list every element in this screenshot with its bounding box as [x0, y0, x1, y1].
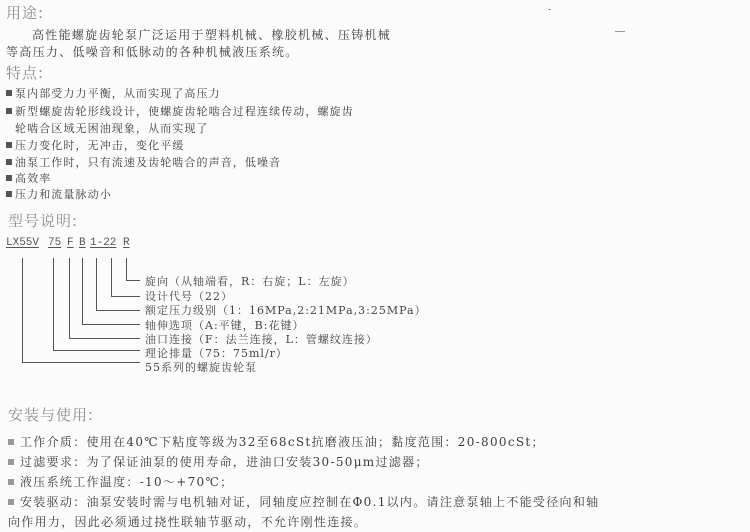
model-part-port: F [67, 237, 74, 249]
model-part-rotation: R [123, 237, 130, 249]
installation-item: 过滤要求：为了保证油泵的使用寿命，进油口安装30-50μm过滤器； [8, 453, 429, 470]
model-part-pressure-design: 1-22 [90, 237, 116, 249]
bullet-square-icon [8, 439, 14, 445]
feature-item-continuation: 轮啮合区域无困油现象，从而实现了 [15, 120, 209, 136]
bracket-line [82, 258, 83, 324]
bracket-line [53, 350, 140, 351]
usage-text-line2: 等高压力、低噪音和低脉动的各种机械液压系统。 [6, 43, 299, 60]
bullet-square-icon [6, 142, 12, 148]
bracket-line [96, 310, 140, 311]
feature-item: 泵内部受力力平衡，从而实现了高压力 [6, 85, 221, 101]
usage-text-line1: 高性能螺旋齿轮泵广泛运用于塑料机械、橡胶机械、压铸机械 [32, 26, 391, 43]
feature-item: 压力和流量脉动小 [6, 186, 112, 202]
feature-item: 高效率 [6, 170, 51, 186]
legend-rotation: 旋向（从轴端看，R：右旋；L：左旋） [145, 273, 355, 289]
bullet-square-icon [6, 191, 12, 197]
model-part-shaft: B [79, 237, 86, 249]
bullet-square-icon [8, 499, 14, 505]
bracket-line [22, 362, 140, 363]
bullet-square-icon [6, 159, 12, 165]
bracket-line [126, 258, 127, 280]
legend-pressure-rating: 额定压力级别（1：16MPa,2:21MPa,3:25MPa） [145, 302, 427, 318]
bracket-line [69, 338, 140, 339]
feature-item: 压力变化时，无冲击，变化平缓 [6, 137, 184, 153]
bullet-square-icon [6, 175, 12, 181]
legend-series: 55系列的螺旋齿轮泵 [145, 359, 257, 375]
bracket-line [82, 324, 140, 325]
installation-item: 液压系统工作温度：-10～+70℃； [8, 473, 233, 490]
scan-artifact [548, 9, 551, 10]
installation-heading: 安装与使用: [8, 404, 94, 425]
features-heading: 特点: [6, 62, 44, 83]
installation-item: 工作介质：使用在40℃下粘度等级为32至68cSt抗磨液压油；黏度范围：20-8… [8, 433, 545, 450]
bracket-line [111, 258, 112, 296]
bracket-line [126, 280, 140, 281]
bullet-square-icon [6, 90, 12, 96]
bracket-line [96, 258, 97, 310]
installation-item: 安装驱动：油泵安装时需与电机轴对证，同轴度应控制在Φ0.1以内。请注意泵轴上不能… [8, 493, 599, 510]
bracket-line [69, 258, 70, 338]
bullet-square-icon [8, 479, 14, 485]
bracket-line [111, 296, 140, 297]
bullet-square-icon [6, 108, 12, 114]
bracket-line [53, 258, 54, 350]
bracket-line [22, 258, 23, 362]
installation-item-continuation: 向作用力，因此必须通过挠性联轴节驱动，不允许刚性连接。 [8, 513, 367, 530]
bullet-square-icon [8, 459, 14, 465]
model-part-series: LX55V [6, 237, 39, 249]
scan-artifact [615, 31, 625, 32]
model-heading: 型号说明: [8, 210, 78, 231]
feature-item: 油泵工作时，只有流速及齿轮啮合的声音，低噪音 [6, 154, 281, 170]
feature-item: 新型螺旋齿轮形线设计，使螺旋齿轮啮合过程连续传动，螺旋齿 [6, 103, 354, 119]
usage-heading: 用途: [6, 2, 44, 23]
model-part-displacement: 75 [48, 237, 61, 249]
